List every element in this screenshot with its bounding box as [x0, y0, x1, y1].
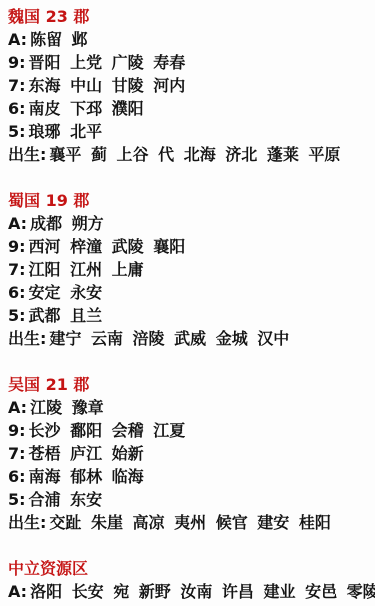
document-page: 魏国 23 郡 A:陈留 邺 9:晋阳 上党 广陵 寿春 7:东海 中山 甘陵 … [0, 0, 375, 606]
line-shu-6: 6:安定 永安 [8, 281, 371, 304]
line-wei-a: A:陈留 邺 [8, 28, 371, 51]
line-shu-birth: 出生:建宁 云南 涪陵 武威 金城 汉中 [8, 327, 371, 350]
line-label: A: [8, 214, 27, 233]
line-text: 安定 永安 [29, 283, 103, 302]
line-wu-a: A:江陵 豫章 [8, 396, 371, 419]
line-wei-5: 5:琅琊 北平 [8, 120, 371, 143]
line-text: 建宁 云南 涪陵 武威 金城 汉中 [49, 329, 289, 348]
line-text: 琅琊 北平 [29, 122, 103, 141]
line-wei-birth: 出生:襄平 蓟 上谷 代 北海 济北 蓬莱 平原 [8, 143, 371, 166]
line-shu-a: A:成都 朔方 [8, 212, 371, 235]
section-wei-title: 魏国 23 郡 [8, 5, 371, 28]
line-label: 7: [8, 444, 26, 463]
line-text: 陈留 邺 [30, 30, 88, 49]
line-label: 出生: [8, 329, 46, 348]
line-label: 6: [8, 467, 26, 486]
line-label: 出生: [8, 145, 46, 164]
line-label: A: [8, 30, 27, 49]
line-wu-7: 7:苍梧 庐江 始新 [8, 442, 371, 465]
section-wu: 吴国 21 郡 A:江陵 豫章 9:长沙 鄱阳 会稽 江夏 7:苍梧 庐江 始新… [8, 373, 371, 534]
line-text: 西河 梓潼 武陵 襄阳 [29, 237, 186, 256]
line-label: 出生: [8, 513, 46, 532]
line-text: 东海 中山 甘陵 河内 [29, 76, 186, 95]
line-text: 江阳 江州 上庸 [29, 260, 144, 279]
line-text: 长沙 鄱阳 会稽 江夏 [29, 421, 186, 440]
line-label: A: [8, 582, 27, 601]
section-shu-title: 蜀国 19 郡 [8, 189, 371, 212]
line-label: 7: [8, 76, 26, 95]
line-label: 7: [8, 260, 26, 279]
line-wu-9: 9:长沙 鄱阳 会稽 江夏 [8, 419, 371, 442]
line-shu-5: 5:武都 且兰 [8, 304, 371, 327]
line-label: A: [8, 398, 27, 417]
line-label: 5: [8, 490, 26, 509]
line-shu-7: 7:江阳 江州 上庸 [8, 258, 371, 281]
line-text: 交趾 朱崖 高凉 夷州 候官 建安 桂阳 [49, 513, 330, 532]
section-wu-title: 吴国 21 郡 [8, 373, 371, 396]
line-text: 洛阳 长安 宛 新野 汝南 许昌 建业 安邑 零陵 [30, 582, 375, 601]
line-text: 苍梧 庐江 始新 [29, 444, 144, 463]
line-text: 江陵 豫章 [30, 398, 104, 417]
line-label: 5: [8, 122, 26, 141]
line-wei-9: 9:晋阳 上党 广陵 寿春 [8, 51, 371, 74]
section-shu: 蜀国 19 郡 A:成都 朔方 9:西河 梓潼 武陵 襄阳 7:江阳 江州 上庸… [8, 189, 371, 350]
section-neutral: 中立资源区 A:洛阳 长安 宛 新野 汝南 许昌 建业 安邑 零陵 [8, 557, 371, 603]
line-wei-6: 6:南皮 下邳 濮阳 [8, 97, 371, 120]
line-text: 合浦 东安 [29, 490, 103, 509]
line-text: 南皮 下邳 濮阳 [29, 99, 144, 118]
line-text: 南海 郁林 临海 [29, 467, 144, 486]
line-label: 6: [8, 283, 26, 302]
line-text: 武都 且兰 [29, 306, 103, 325]
line-label: 9: [8, 237, 26, 256]
section-wei: 魏国 23 郡 A:陈留 邺 9:晋阳 上党 广陵 寿春 7:东海 中山 甘陵 … [8, 5, 371, 166]
line-text: 晋阳 上党 广陵 寿春 [29, 53, 186, 72]
line-wu-6: 6:南海 郁林 临海 [8, 465, 371, 488]
line-label: 9: [8, 421, 26, 440]
line-label: 9: [8, 53, 26, 72]
line-wu-birth: 出生:交趾 朱崖 高凉 夷州 候官 建安 桂阳 [8, 511, 371, 534]
line-label: 6: [8, 99, 26, 118]
line-text: 成都 朔方 [30, 214, 104, 233]
line-label: 5: [8, 306, 26, 325]
line-neutral-a: A:洛阳 长安 宛 新野 汝南 许昌 建业 安邑 零陵 [8, 580, 371, 603]
line-wu-5: 5:合浦 东安 [8, 488, 371, 511]
line-text: 襄平 蓟 上谷 代 北海 济北 蓬莱 平原 [49, 145, 340, 164]
line-shu-9: 9:西河 梓潼 武陵 襄阳 [8, 235, 371, 258]
section-neutral-title: 中立资源区 [8, 557, 371, 580]
line-wei-7: 7:东海 中山 甘陵 河内 [8, 74, 371, 97]
